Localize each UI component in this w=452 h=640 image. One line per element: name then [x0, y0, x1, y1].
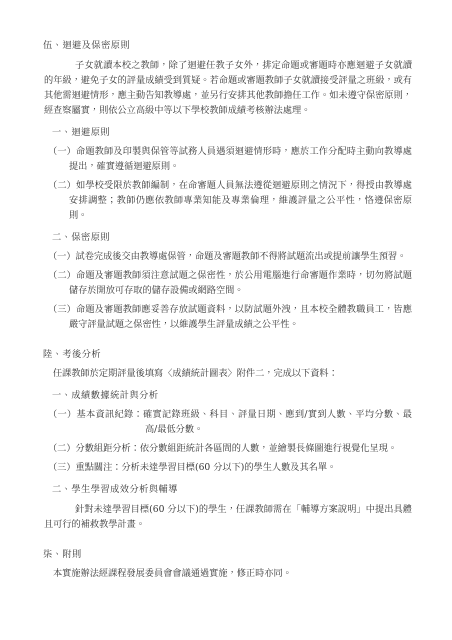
list-item: （一）基本資訊紀錄：確實記錄班級、科目、評量日期、應到/實到人數、平均分數、最高…	[145, 407, 412, 437]
list-item: （三）命題及審題教師應妥善存放試題資料，以防試題外洩，且本校全體教職員工，皆應嚴…	[69, 302, 412, 332]
section-6-intro: 任課教師於定期評量後填寫〈成績統計圖表〉附件二，完成以下資料：	[53, 366, 412, 381]
section-5-sub-1-heading: 一、迴避原則	[52, 125, 412, 140]
section-5-heading: 伍、迴避及保密原則	[43, 38, 412, 53]
list-item: （三）重點關注：分析未達學習目標(60 分以下)的學生人數及其名單。	[69, 460, 412, 475]
section-6-sub-2-paragraph: 針對未達學習目標(60 分以下)的學生，任課教師需在「輔導方案說明」中提出具體且…	[44, 502, 412, 532]
section-5-sub-2-heading: 二、保密原則	[52, 230, 412, 245]
list-item: （一）試卷完成後交由教導處保管，命題及審題教師不得將試題流出或提前讓學生預習。	[69, 249, 412, 264]
section-7-body: 本實施辦法經課程發展委員會會議通過實施，修正時亦同。	[53, 566, 412, 581]
list-item: （一）命題教師及印製與保管等試務人員遇須迴避情形時，應於工作分配時主動向教導處提…	[69, 144, 412, 174]
list-item: （二）如學校受限於教師編制，在命審題人員無法遵從迴避原則之情況下，得授由教導處安…	[69, 178, 412, 223]
section-6-sub-2-heading: 二、學生學習成效分析與輔導	[52, 482, 412, 497]
section-6-sub-1-heading: 一、成績數據統計與分析	[52, 388, 412, 403]
section-6-heading: 陸、考後分析	[43, 347, 412, 362]
list-item: （二）命題及審題教師須注意試題之保密性，於公用電腦進行命審題作業時，切勿將試題儲…	[69, 268, 412, 298]
list-item: （二）分數組距分析：依分數組距統計各區間的人數，並繪製長條圖進行視覺化呈現。	[69, 441, 412, 456]
section-5-intro-paragraph: 子女就讀本校之教師，除了迴避任教子女外，排定命題或審題時亦應迴避子女就讀的年級，…	[44, 58, 412, 118]
section-7-heading: 柒、附則	[43, 547, 412, 562]
document-page: 伍、迴避及保密原則 子女就讀本校之教師，除了迴避任教子女外，排定命題或審題時亦應…	[0, 0, 452, 640]
